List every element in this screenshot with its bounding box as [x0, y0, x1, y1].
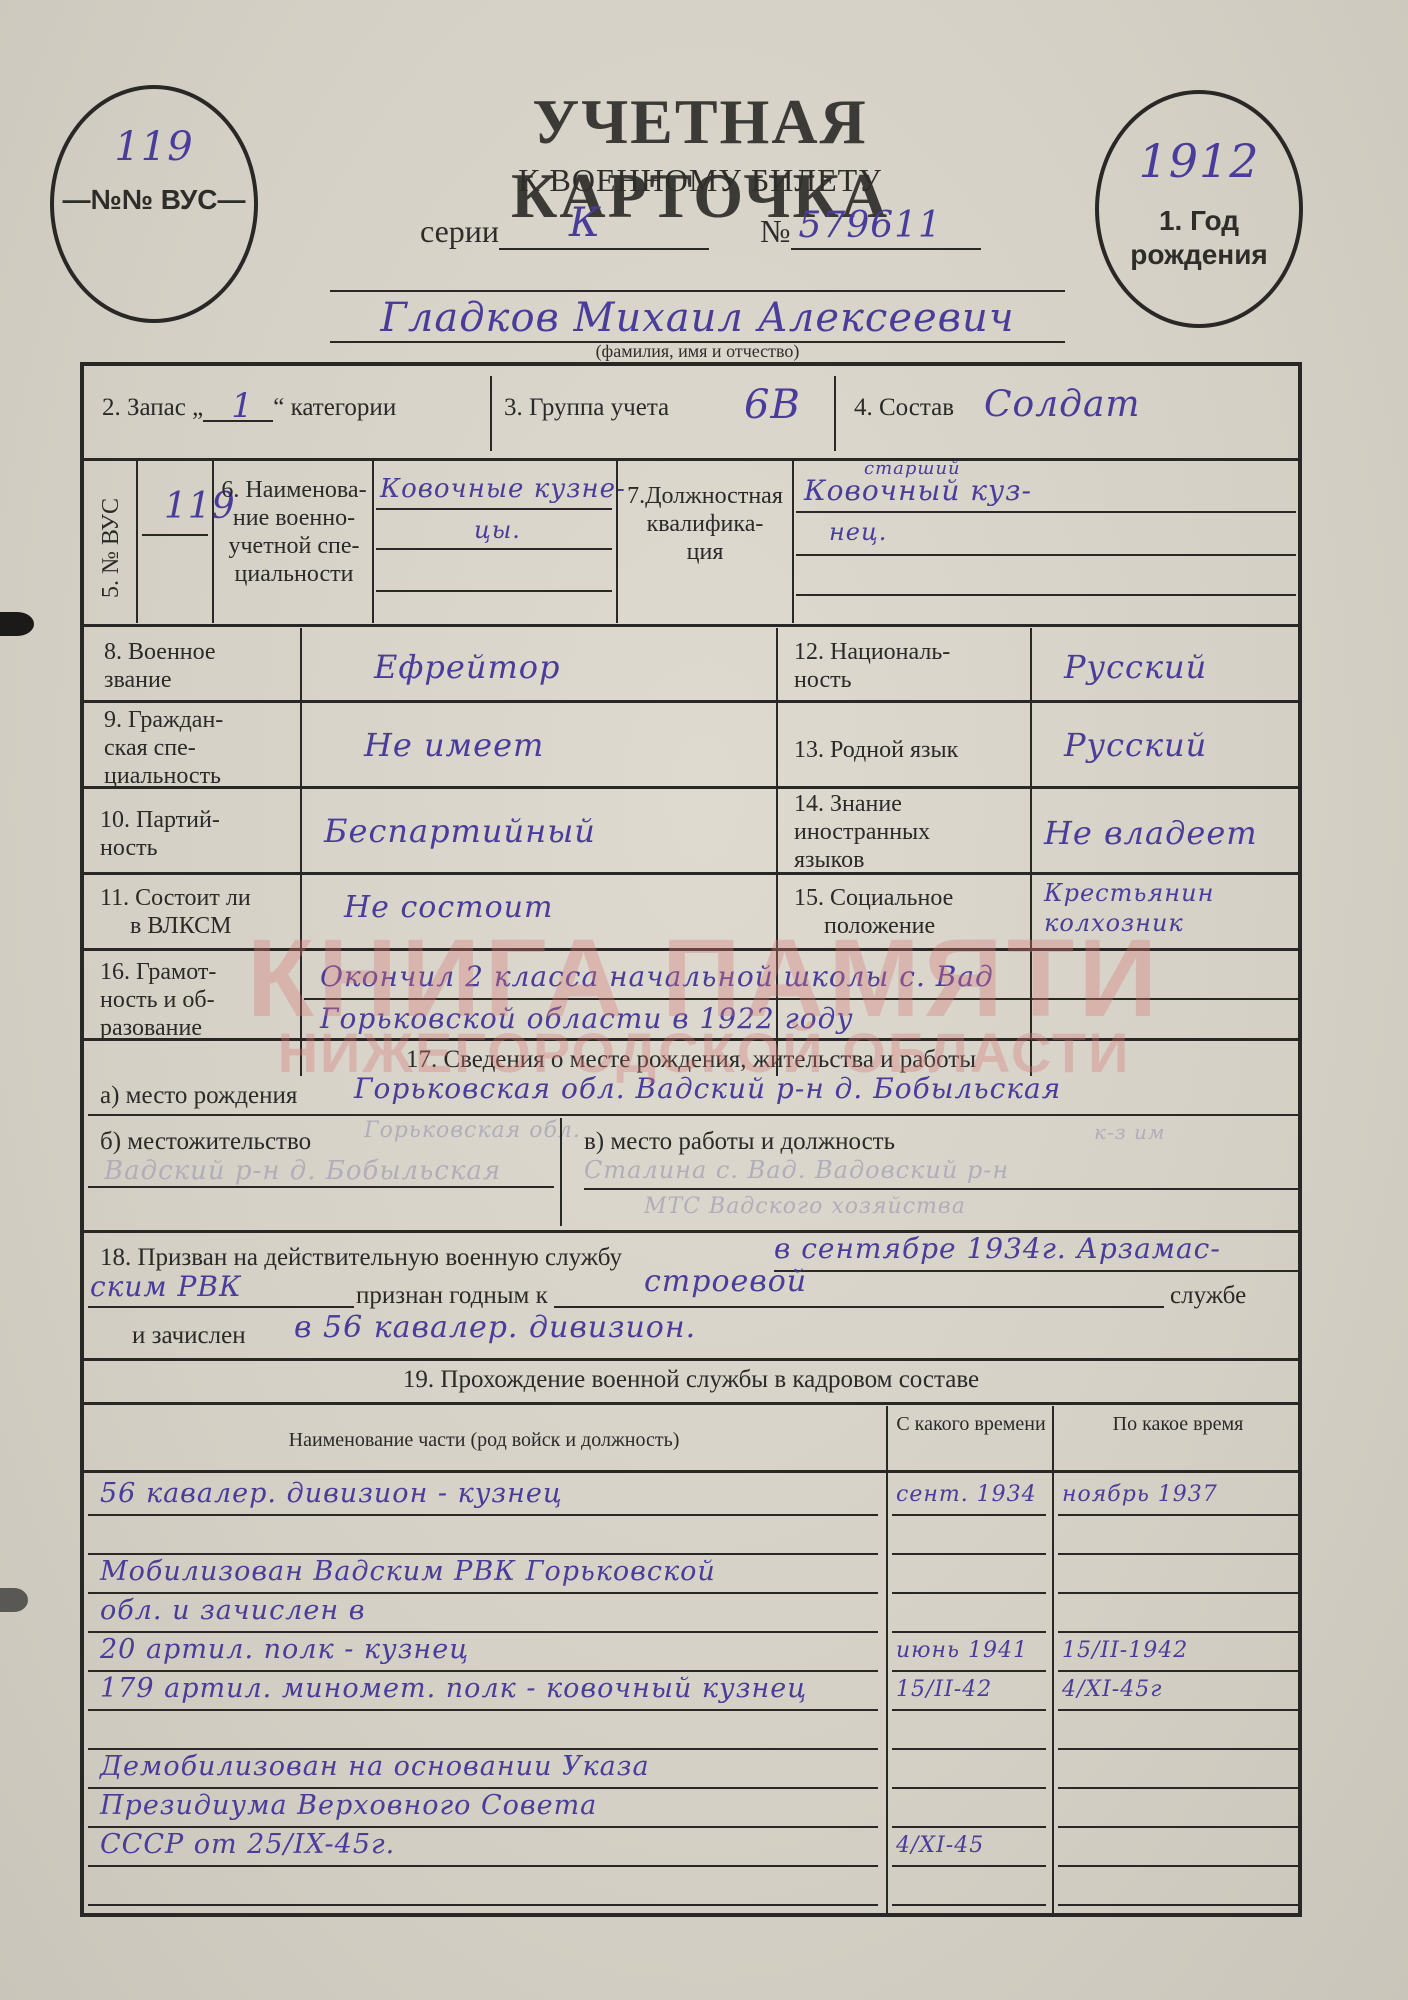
- birth-year-label-line2: рождения: [1099, 238, 1299, 272]
- table-row-rule: [88, 1709, 878, 1711]
- rank-label: 8. Военноезвание: [104, 638, 216, 694]
- table-row-rule: [88, 1553, 878, 1555]
- social-status-label-line: 15. Социальное: [794, 884, 953, 912]
- full-name-value: Гладков Михаил Алексеевич: [330, 295, 1065, 341]
- row-divider: [84, 624, 1298, 627]
- table-row-rule: [892, 1592, 1046, 1594]
- table-row-unit: Президиума Верховного Совета: [100, 1790, 597, 1821]
- education-value-line1: Окончил 2 класса начальной школы с. Вад: [320, 960, 994, 993]
- ticket-number-field: №579611: [760, 212, 981, 250]
- full-name-caption: (фамилия, имя и отчество): [330, 341, 1065, 362]
- civil-specialty-label-line: 9. Граждан-: [104, 706, 223, 734]
- row-divider: [84, 786, 1298, 789]
- table-row-rule: [892, 1709, 1046, 1711]
- work-value-line3: МТС Вадского хозяйства: [644, 1194, 966, 1219]
- table-row-unit: 20 артил. полк - кузнец: [100, 1634, 469, 1665]
- ticket-number-value: 579611: [799, 205, 942, 246]
- divider: [372, 461, 374, 623]
- row-divider: [84, 948, 1298, 951]
- called-value-line1: в сентябре 1934г. Арзамас-: [774, 1232, 1221, 1265]
- foreign-languages-value: Не владеет: [1044, 814, 1258, 852]
- table-row-rule: [892, 1787, 1046, 1789]
- table-row-rule: [88, 1904, 878, 1906]
- reserve-field: 2. Запас „1“ категории: [102, 394, 396, 422]
- civil-specialty-label: 9. Граждан-ская спе-циальность: [104, 706, 223, 790]
- table-row-rule: [88, 1748, 878, 1750]
- underline: [142, 534, 208, 536]
- divider: [834, 376, 836, 451]
- row-divider: [84, 1358, 1298, 1361]
- row-divider: [84, 1402, 1298, 1405]
- underline: [304, 998, 1300, 1000]
- table-row-rule: [88, 1826, 878, 1828]
- table-row-rule: [1058, 1904, 1300, 1906]
- social-status-value-line: колхозник: [1044, 908, 1214, 938]
- table-row-rule: [1058, 1592, 1300, 1594]
- table-row-from: июнь 1941: [896, 1638, 1028, 1663]
- party-label-line: ность: [100, 834, 220, 862]
- qualification-label-line: 7.Должностная: [620, 482, 790, 510]
- fit-label: признан годным к: [356, 1282, 548, 1310]
- qualification-label-line: ция: [620, 538, 790, 566]
- civil-specialty-label-line: ская спе-: [104, 734, 223, 762]
- vus-circle-label: —№№ ВУС—: [54, 184, 254, 216]
- education-label: 16. Грамот-ность и об-разование: [100, 958, 216, 1042]
- table-row-unit: СССР от 25/IX-45г.: [100, 1829, 395, 1860]
- divider: [560, 1118, 562, 1226]
- table-row-to: ноябрь 1937: [1062, 1482, 1218, 1507]
- native-language-label: 13. Родной язык: [794, 736, 958, 764]
- residence-label: б) местожительство: [100, 1128, 311, 1156]
- divider: [300, 950, 302, 1036]
- card-subtitle: К ВОЕННОМУ БИЛЕТУ: [400, 162, 1000, 199]
- table-row-rule: [1058, 1670, 1300, 1672]
- party-label: 10. Партий-ность: [100, 806, 220, 862]
- account-group-value: 6В: [744, 382, 801, 428]
- series-value: К: [569, 200, 601, 246]
- row-divider: [84, 458, 1298, 461]
- table-row-rule: [88, 1631, 878, 1633]
- birthplace-value: Горьковская обл. Вадский р-н д. Бобыльск…: [354, 1072, 1061, 1105]
- underline: [376, 590, 612, 592]
- account-group-label: 3. Группа учета: [504, 394, 669, 422]
- table-row-rule: [892, 1865, 1046, 1867]
- underline: [376, 548, 612, 550]
- table-row-rule: [1058, 1748, 1300, 1750]
- table-row-to: 15/II-1942: [1062, 1638, 1188, 1663]
- education-label-line: 16. Грамот-: [100, 958, 216, 986]
- underline: [796, 594, 1296, 596]
- komsomol-label-line: 11. Состоит ли: [100, 884, 251, 912]
- column-divider: [1052, 1406, 1054, 1916]
- specialty-label-line: 6. Наименова-: [219, 476, 369, 504]
- underline: [796, 511, 1296, 513]
- rank-label-line: 8. Военное: [104, 638, 216, 666]
- binder-hole: [0, 1588, 28, 1612]
- binder-hole: [0, 612, 34, 636]
- foreign-languages-label-line: языков: [794, 846, 930, 874]
- civil-specialty-value: Не имеет: [364, 726, 544, 764]
- underline: [584, 1188, 1300, 1190]
- ticket-number-label: №: [760, 213, 791, 249]
- col-header-unit: Наименование части (род войск и должност…: [84, 1426, 884, 1454]
- birth-year-label-line1: 1. Год: [1099, 204, 1299, 238]
- row-divider: [84, 700, 1298, 703]
- social-status-label: 15. Социальноеположение: [794, 884, 953, 940]
- specialty-label-line: ние военно-: [219, 504, 369, 532]
- table-row-rule: [1058, 1553, 1300, 1555]
- qualification-value-line2: нец.: [829, 518, 887, 546]
- nationality-value: Русский: [1064, 648, 1207, 686]
- work-label: в) место работы и должность: [584, 1128, 895, 1156]
- table-row-rule: [88, 1514, 878, 1516]
- row-divider: [84, 1038, 1298, 1041]
- row-divider: [84, 872, 1298, 875]
- table-row-rule: [88, 1592, 878, 1594]
- section17-title: 17. Сведения о месте рождения, жительств…: [84, 1046, 1298, 1074]
- birth-year-label: 1. Год рождения: [1099, 204, 1299, 272]
- row-divider: [84, 1470, 1298, 1473]
- qualification-label-line: квалифика-: [620, 510, 790, 538]
- table-row-rule: [88, 1865, 878, 1867]
- col-header-to: По какое время: [1056, 1412, 1300, 1436]
- section19-title: 19. Прохождение военной службы в кадрово…: [84, 1366, 1298, 1394]
- work-value-line2: Сталина с. Вад. Вадовский р-н: [584, 1156, 1009, 1184]
- table-row-unit: Мобилизован Вадским РВК Горьковской: [100, 1556, 716, 1587]
- composition-value: Солдат: [984, 384, 1141, 425]
- card-title: УЧЕТНАЯ КАРТОЧКА: [350, 85, 1050, 233]
- col-header-from: С какого времени: [890, 1412, 1052, 1436]
- vus-circle: 119 —№№ ВУС—: [50, 85, 258, 323]
- table-row-rule: [1058, 1787, 1300, 1789]
- komsomol-value: Не состоит: [344, 890, 553, 925]
- residence-value-line2: Вадский р-н д. Бобыльская: [104, 1156, 501, 1186]
- nationality-label-line: ность: [794, 666, 950, 694]
- table-row-rule: [892, 1631, 1046, 1633]
- social-status-value: Крестьянинколхозник: [1044, 878, 1214, 938]
- residence-value-line1: Горьковская обл.: [364, 1118, 581, 1143]
- name-rule: [330, 290, 1065, 292]
- rank-value: Ефрейтор: [374, 648, 561, 686]
- table-row-from: 15/II-42: [896, 1677, 992, 1702]
- table-row-rule: [892, 1904, 1046, 1906]
- table-row-rule: [892, 1748, 1046, 1750]
- specialty-label: 6. Наименова- ние военно- учетной спе- ц…: [219, 476, 369, 588]
- vus-label-text: 5. № ВУС: [97, 473, 125, 623]
- divider: [212, 461, 214, 623]
- reserve-label-suffix: “ категории: [273, 394, 396, 421]
- divider: [1030, 628, 1032, 1076]
- nationality-label-line: 12. Националь-: [794, 638, 950, 666]
- series-field: серииК: [420, 212, 709, 250]
- foreign-languages-label-line: 14. Знание: [794, 790, 930, 818]
- table-row-from: сент. 1934: [896, 1482, 1037, 1507]
- qualification-value-line1: Ковочный куз-: [804, 474, 1032, 507]
- fit-suffix: службе: [1170, 1282, 1246, 1310]
- table-row-rule: [892, 1826, 1046, 1828]
- vus-circle-value: 119: [54, 124, 254, 170]
- party-value: Беспартийный: [324, 812, 596, 850]
- called-value-line2: ским РВК: [90, 1270, 242, 1303]
- underline: [796, 554, 1296, 556]
- underline: [88, 1114, 1300, 1116]
- table-row-rule: [892, 1670, 1046, 1672]
- divider: [490, 376, 492, 451]
- reserve-value: 1: [231, 392, 254, 420]
- divider: [616, 461, 618, 623]
- specialty-label-line: учетной спе-: [219, 532, 369, 560]
- education-value-line2: Горьковской области в 1922 году: [320, 1002, 854, 1035]
- underline: [88, 1306, 354, 1308]
- specialty-value-line1: Ковочные кузне-: [380, 474, 626, 504]
- enrolled-value: в 56 кавалер. дивизион.: [294, 1310, 696, 1345]
- table-row-rule: [1058, 1514, 1300, 1516]
- enrolled-label: и зачислен: [132, 1322, 246, 1350]
- native-language-value: Русский: [1064, 726, 1207, 764]
- table-row-unit: 56 кавалер. дивизион - кузнец: [100, 1478, 563, 1509]
- education-label-line: ность и об-: [100, 986, 216, 1014]
- birth-year-value: 1912: [1099, 134, 1299, 188]
- underline: [376, 508, 612, 510]
- table-row-from: 4/XI-45: [896, 1833, 984, 1858]
- column-divider: [886, 1406, 888, 1916]
- rank-label-line: звание: [104, 666, 216, 694]
- qualification-label: 7.Должностная квалифика- ция: [620, 482, 790, 566]
- table-row-to: 4/XI-45г: [1062, 1677, 1162, 1702]
- table-row-rule: [88, 1670, 878, 1672]
- table-row-unit: 179 артил. миномет. полк - ковочный кузн…: [100, 1673, 807, 1704]
- komsomol-label: 11. Состоит лив ВЛКСМ: [100, 884, 251, 940]
- table-row-rule: [1058, 1865, 1300, 1867]
- fit-value: строевой: [644, 1264, 807, 1299]
- vus-label: 5. № ВУС: [86, 474, 130, 624]
- social-status-label-line: положение: [794, 912, 953, 940]
- specialty-value-line2: цы.: [474, 516, 521, 544]
- reserve-label: 2. Запас „: [102, 394, 203, 421]
- birthplace-label: а) место рождения: [100, 1082, 297, 1110]
- series-label: серии: [420, 213, 499, 249]
- social-status-value-line: Крестьянин: [1044, 878, 1214, 908]
- party-label-line: 10. Партий-: [100, 806, 220, 834]
- nationality-label: 12. Националь-ность: [794, 638, 950, 694]
- composition-label: 4. Состав: [854, 394, 954, 422]
- divider: [136, 461, 138, 623]
- table-row-rule: [892, 1553, 1046, 1555]
- table-row-rule: [1058, 1826, 1300, 1828]
- form-grid: 2. Запас „1“ категории 3. Группа учета 6…: [80, 362, 1302, 1917]
- work-value-line1: к-з им: [1094, 1120, 1165, 1144]
- table-row-rule: [1058, 1709, 1300, 1711]
- table-row-rule: [1058, 1631, 1300, 1633]
- table-row-rule: [892, 1514, 1046, 1516]
- foreign-languages-label-line: иностранных: [794, 818, 930, 846]
- table-row-rule: [88, 1787, 878, 1789]
- foreign-languages-label: 14. Знаниеиностранныхязыков: [794, 790, 930, 874]
- called-label: 18. Призван на действительную военную сл…: [100, 1244, 622, 1272]
- underline: [554, 1306, 1164, 1308]
- table-row-unit: обл. и зачислен в: [100, 1595, 365, 1626]
- table-row-unit: Демобилизован на основании Указа: [100, 1751, 650, 1782]
- birth-year-circle: 1912 1. Год рождения: [1095, 90, 1303, 328]
- divider: [792, 461, 794, 623]
- underline: [774, 1270, 1300, 1272]
- komsomol-label-line: в ВЛКСМ: [100, 912, 251, 940]
- underline: [88, 1186, 554, 1188]
- specialty-label-line: циальности: [219, 560, 369, 588]
